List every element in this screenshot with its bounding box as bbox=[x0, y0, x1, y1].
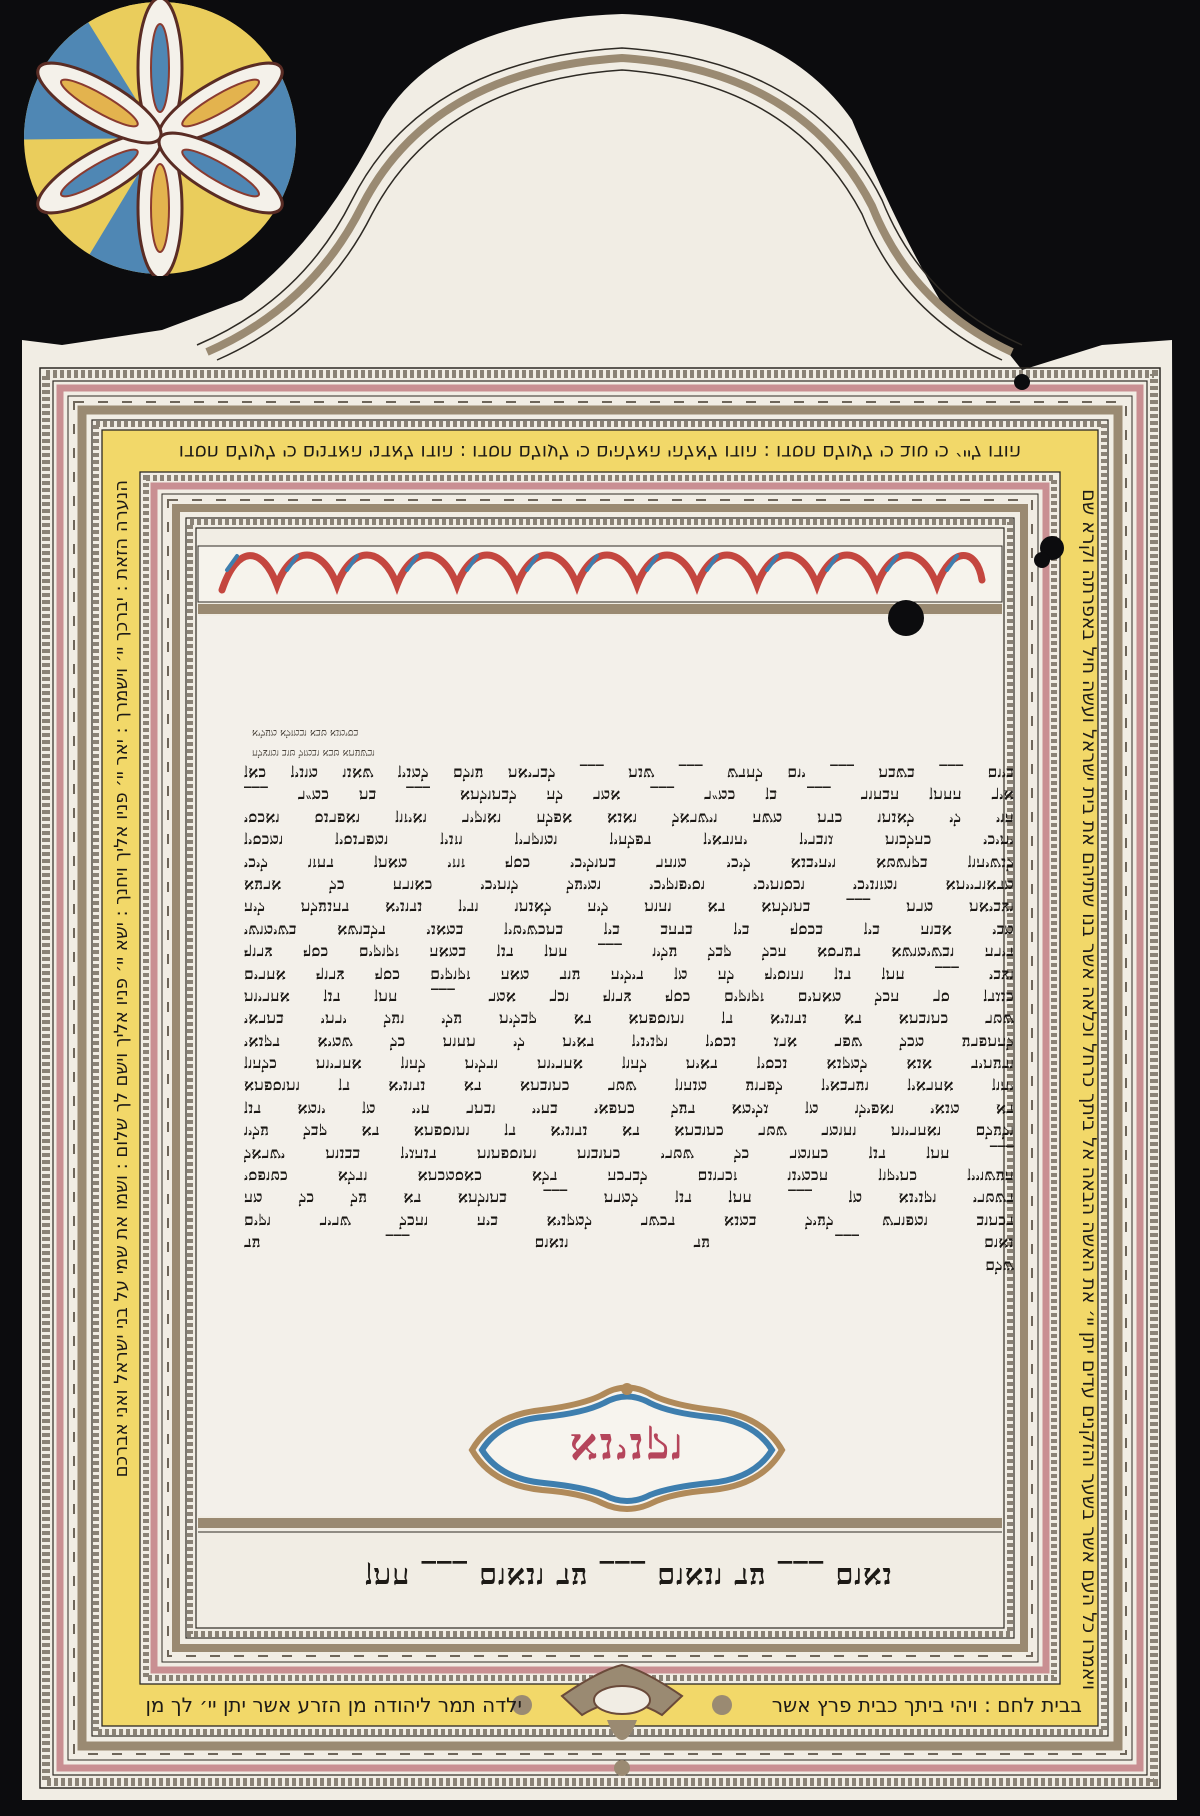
body-line: דירה ובשימושא דערסא הכל קבל עליו ___ חתן… bbox=[244, 941, 1014, 963]
rosette-ornament bbox=[22, 0, 298, 276]
body-line: הוי לי לאנתו כדת משה וישראל ואנא אפלח וא… bbox=[244, 807, 1014, 829]
body-line: ודעתיד אנא למקנא נכסין דאית להון אחריות … bbox=[244, 1053, 1014, 1075]
body-line: נאום ___ עד ונאום ___ עד bbox=[244, 1232, 1014, 1254]
body-line: לנשיהון בקושטא ויהיבנא ליכי מוהר בתוליכי… bbox=[244, 852, 1014, 874]
body-line: ___ חתן דנן כחומר כל שטרי כתובות ותוספתו… bbox=[244, 1143, 1014, 1165]
body-line: איך החתן הבחור ___ בן כמ״ר ___ אמר לה לב… bbox=[244, 784, 1014, 806]
border-text-right: ויאמרו כל העם אשר בשער והזקנים עדים יתן … bbox=[1077, 470, 1101, 1690]
ketubah-body: בסימנא טבא ובמזלא מעליא ובשעתא טבא ובמזל… bbox=[244, 722, 1014, 1277]
border-text-top: הודו ליי׳ כי טוב כי לעולם חסדו : הודו לא… bbox=[112, 438, 1088, 466]
body-line: יהון אחראין וערבאין לפרוע מנהון שטר כתוב… bbox=[244, 1075, 1014, 1097]
border-text-bottom-right: בבית לחם : ויהי ביתך כבית פרץ אשר bbox=[712, 1690, 1082, 1720]
body-line: שלם bbox=[244, 1255, 1014, 1277]
body-line: כנגדן סך הכל מאתים זקוקים כסף צרוף וכך א… bbox=[244, 986, 1014, 1008]
body-line: וצביאת מרת ___ בתולתא דא והות ליה לאנתו … bbox=[244, 896, 1014, 918]
ketubah-parchment: הודו ליי׳ כי טוב כי לעולם חסדו : הודו לא… bbox=[22, 0, 1186, 1800]
body-line: ולעלם ואחריות וחומר שטר כתובתא דא נדוניא… bbox=[244, 1120, 1014, 1142]
opening-blessing-line: ובשעתא טבא ובמזל טוב ומוצלח bbox=[244, 742, 1014, 762]
body-line: דשטרי וקנינא מן ___ חתן דנן למרת ___ בתו… bbox=[244, 1187, 1014, 1209]
body-line: דכתוב ומפורש לעיל במנא דכשר למקניא ביה ו… bbox=[244, 1210, 1014, 1232]
body-line: העשויין כתיקון חכמינו זכרונם לברכה דלא כ… bbox=[244, 1165, 1014, 1187]
body-line: שטר כתובתא דא נדוניא דן ותוספתא דא קבלית… bbox=[244, 1008, 1014, 1030]
body-line: יתיכי כהלכות גוברין יהודאין דפלחין ומוקר… bbox=[244, 829, 1014, 851]
border-text-bottom-left: ילדה תמר ליהודה מן הזרע אשר יתן יי׳ לך מ… bbox=[112, 1690, 522, 1720]
body-line: דא מנאי ואפילו מן גלימא דעל כתפאי בחיי ו… bbox=[244, 1098, 1014, 1120]
body-line: להתפרע מכל שפר ארג נכסין וקנינין דאית לי… bbox=[244, 1031, 1014, 1053]
cartouche: וקנינא bbox=[452, 1375, 802, 1515]
body-line: מדאורייתא ומזוניכי וכסותיכי וסיפוקיכי ומ… bbox=[244, 874, 1014, 896]
body-line: וצבי ___ חתן דנן והוסיף לה מן דיליה עוד … bbox=[244, 964, 1014, 986]
opening-blessing-line: בסימנא טבא ובמזלא מעליא bbox=[244, 722, 1014, 742]
body-line: ביום ___ בשבת ___ יום לחדש ___ שנת ___ ל… bbox=[244, 762, 1014, 784]
witness-signature-line: נאום ___ עד ונאום ___ עד ונאום ___ חתן bbox=[244, 1560, 1014, 1595]
cartouche-word: וקנינא bbox=[452, 1423, 802, 1474]
body-line: מבי אבוה בין בכסף בין בדהב בין בתכשיטין … bbox=[244, 919, 1014, 941]
border-text-left: הנערה הזאת : יברכך יי׳ וישמרך : יאר יי׳ … bbox=[110, 480, 134, 1690]
